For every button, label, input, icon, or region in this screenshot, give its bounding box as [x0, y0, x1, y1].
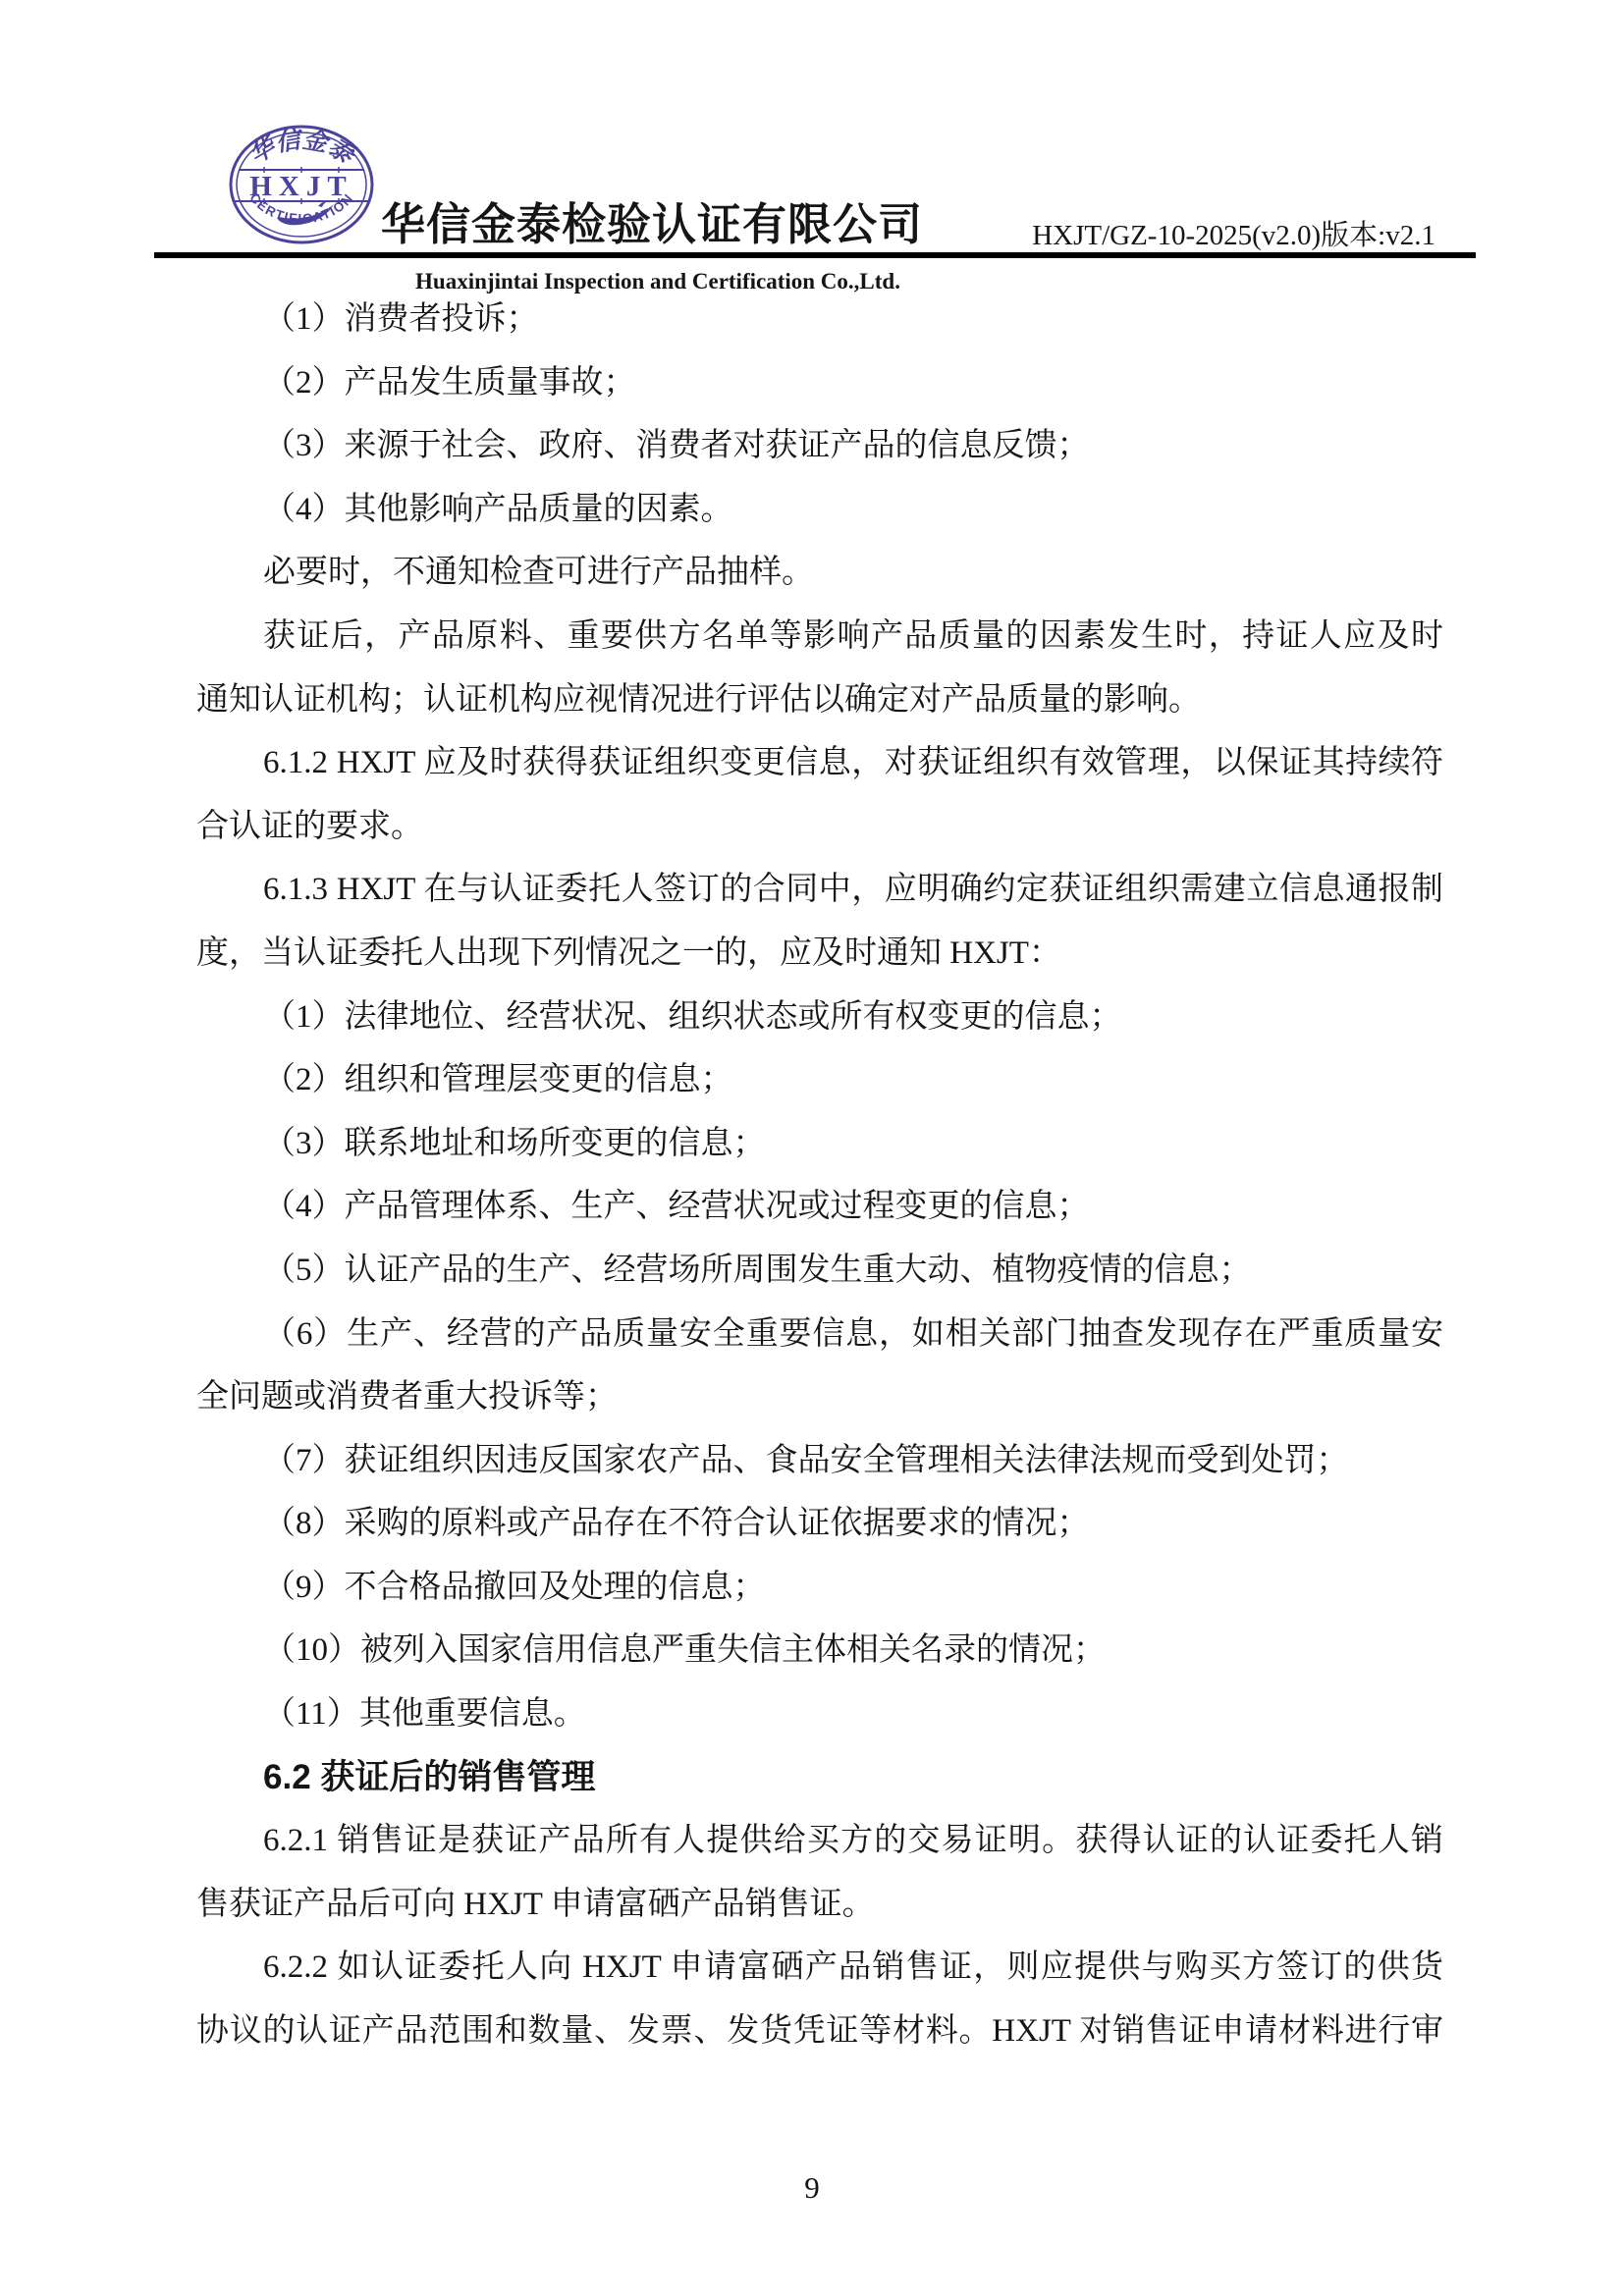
text-line: （8）采购的原料或产品存在不符合认证依据要求的情况； — [196, 1492, 1443, 1556]
text-line: 售获证产品后可向 HXJT 申请富硒产品销售证。 — [196, 1873, 1443, 1937]
text-line: 获证后，产品原料、重要供方名单等影响产品质量的因素发生时，持证人应及时 — [196, 605, 1443, 668]
text-line: （4）其他影响产品质量的因素。 — [196, 478, 1443, 542]
text-line: （2）组织和管理层变更的信息； — [196, 1048, 1443, 1112]
text-line: 6.1.2 HXJT 应及时获得获证组织变更信息，对获证组织有效管理，以保证其持… — [196, 731, 1443, 795]
text-line: （1）消费者投诉； — [196, 288, 1443, 351]
document-number: HXJT/GZ-10-2025(v2.0)版本:v2.1 — [886, 217, 1435, 254]
text-line: （10）被列入国家信用信息严重失信主体相关名录的情况； — [196, 1619, 1443, 1682]
text-line: 通知认证机构；认证机构应视情况进行评估以确定对产品质量的影响。 — [196, 668, 1443, 732]
text-line: 必要时，不通知检查可进行产品抽样。 — [196, 541, 1443, 605]
text-line: 6.2 获证后的销售管理 — [196, 1746, 1443, 1810]
text-line: （9）不合格品撤回及处理的信息； — [196, 1556, 1443, 1620]
logo-acronym: HXJT — [249, 171, 352, 202]
text-line: （3）联系地址和场所变更的信息； — [196, 1112, 1443, 1176]
text-line: （6）生产、经营的产品质量安全重要信息，如相关部门抽查发现存在严重质量安 — [196, 1303, 1443, 1366]
document-page: 华信金泰 HXJT CERTIFICATION 华信金泰检验认证有限公司 HXJ… — [0, 0, 1624, 2296]
text-line: （7）获证组织因违反国家农产品、食品安全管理相关法律法规而受到处罚； — [196, 1429, 1443, 1493]
text-line: （5）认证产品的生产、经营场所周围发生重大动、植物疫情的信息； — [196, 1239, 1443, 1303]
text-line: （1）法律地位、经营状况、组织状态或所有权变更的信息； — [196, 986, 1443, 1049]
text-line: （3）来源于社会、政府、消费者对获证产品的信息反馈； — [196, 414, 1443, 478]
text-line: （11）其他重要信息。 — [196, 1682, 1443, 1746]
company-logo: 华信金泰 HXJT CERTIFICATION — [228, 124, 375, 245]
text-line: 6.2.1 销售证是获证产品所有人提供给买方的交易证明。获得认证的认证委托人销 — [196, 1809, 1443, 1873]
text-line: 协议的认证产品范围和数量、发票、发货凭证等材料。HXJT 对销售证申请材料进行审 — [196, 2000, 1443, 2063]
header-rule — [154, 252, 1476, 258]
text-line: 6.1.3 HXJT 在与认证委托人签订的合同中，应明确约定获证组织需建立信息通… — [196, 858, 1443, 922]
text-line: （2）产品发生质量事故； — [196, 351, 1443, 415]
page-number: 9 — [0, 2164, 1624, 2212]
text-line: 合认证的要求。 — [196, 795, 1443, 859]
text-line: （4）产品管理体系、生产、经营状况或过程变更的信息； — [196, 1175, 1443, 1239]
text-line: 度，当认证委托人出现下列情况之一的，应及时通知 HXJT： — [196, 922, 1443, 986]
document-body: （1）消费者投诉；（2）产品发生质量事故；（3）来源于社会、政府、消费者对获证产… — [196, 288, 1443, 2063]
text-line: 6.2.2 如认证委托人向 HXJT 申请富硒产品销售证，则应提供与购买方签订的… — [196, 1936, 1443, 2000]
text-line: 全问题或消费者重大投诉等； — [196, 1365, 1443, 1429]
